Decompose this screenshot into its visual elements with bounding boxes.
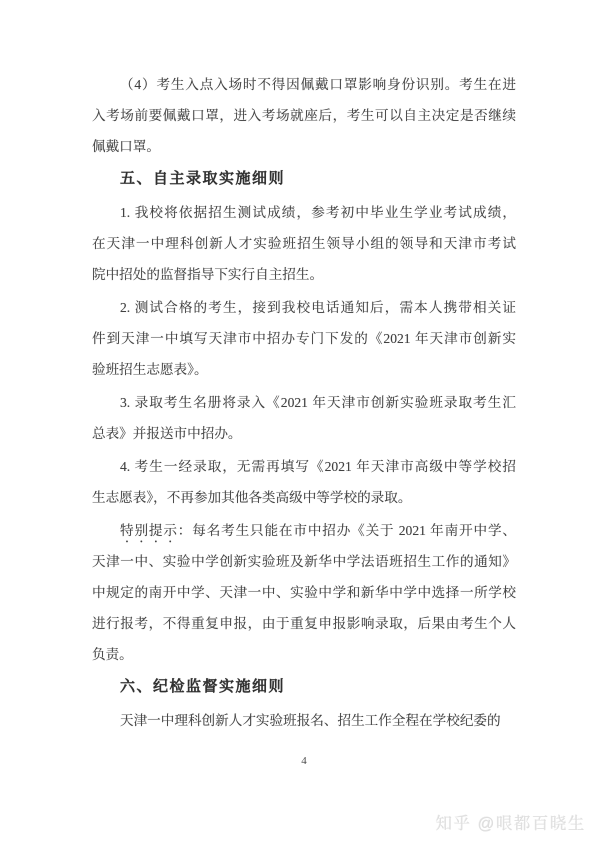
section-heading: 六、纪检监督实施细则: [92, 672, 516, 703]
page-number: 4: [92, 752, 516, 770]
document-body: （4）考生入点入场时不得因佩戴口罩影响身份识别。考生在进入考场前要佩戴口罩，进入…: [92, 69, 516, 738]
paragraph: 1. 我校将依据招生测试成绩，参考初中毕业生学业考试成绩，在天津一中理科创新人才…: [92, 197, 516, 290]
text-line: 入考场前要佩戴口罩，进入考场就座后，考生可以自主决定是否继续: [92, 100, 516, 131]
text-line: 特别提示：每名考生只能在市中招办《关于 2021 年南开中学、: [92, 515, 516, 546]
section-heading: 五、自主录取实施细则: [92, 164, 516, 195]
paragraph: 4. 考生一经录取，无需再填写《2021 年天津市高级中等学校招生志愿表》，不再…: [92, 451, 516, 513]
text-line: 负责。: [92, 639, 516, 670]
paragraph: 3. 录取考生名册将录入《2021 年天津市创新实验班录取考生汇总表》并报送市中…: [92, 387, 516, 449]
emphasis-text: 特别提示: [120, 523, 178, 538]
text-line: 件到天津一中填写天津市中招办专门下发的《2021 年天津市创新实: [92, 323, 516, 354]
paragraph: 2. 测试合格的考生，接到我校电话通知后，需本人携带相关证件到天津一中填写天津市…: [92, 292, 516, 385]
text-line: 验班招生志愿表》。: [92, 354, 516, 385]
text-line: 2. 测试合格的考生，接到我校电话通知后，需本人携带相关证: [92, 292, 516, 323]
paragraph: （4）考生入点入场时不得因佩戴口罩影响身份识别。考生在进入考场前要佩戴口罩，进入…: [92, 69, 516, 162]
text-line: 生志愿表》，不再参加其他各类高级中等学校的录取。: [92, 482, 516, 513]
text-line: 天津一中、实验中学创新实验班及新华中学法语班招生工作的通知》: [92, 546, 516, 577]
text-line: 院中招处的监督指导下实行自主招生。: [92, 259, 516, 290]
paragraph: 特别提示：每名考生只能在市中招办《关于 2021 年南开中学、天津一中、实验中学…: [92, 515, 516, 670]
paragraph: 天津一中理科创新人才实验班报名、招生工作全程在学校纪委的: [92, 705, 516, 736]
text-line: 在天津一中理科创新人才实验班招生领导小组的领导和天津市考试: [92, 228, 516, 259]
text-line: 4. 考生一经录取，无需再填写《2021 年天津市高级中等学校招: [92, 451, 516, 482]
document-page: （4）考生入点入场时不得因佩戴口罩影响身份识别。考生在进入考场前要佩戴口罩，进入…: [0, 0, 600, 848]
text-line: 中规定的南开中学、天津一中、实验中学和新华中学中选择一所学校: [92, 577, 516, 608]
text-line: 1. 我校将依据招生测试成绩，参考初中毕业生学业考试成绩，: [92, 197, 516, 228]
text-line: 天津一中理科创新人才实验班报名、招生工作全程在学校纪委的: [92, 705, 516, 736]
watermark: 知乎 @哏都百晓生: [436, 810, 586, 834]
text-line: 进行报考，不得重复申报，由于重复申报影响录取，后果由考生个人: [92, 608, 516, 639]
text-line: 总表》并报送市中招办。: [92, 418, 516, 449]
text-line: 佩戴口罩。: [92, 131, 516, 162]
text-line: 3. 录取考生名册将录入《2021 年天津市创新实验班录取考生汇: [92, 387, 516, 418]
text-line: （4）考生入点入场时不得因佩戴口罩影响身份识别。考生在进: [92, 69, 516, 100]
